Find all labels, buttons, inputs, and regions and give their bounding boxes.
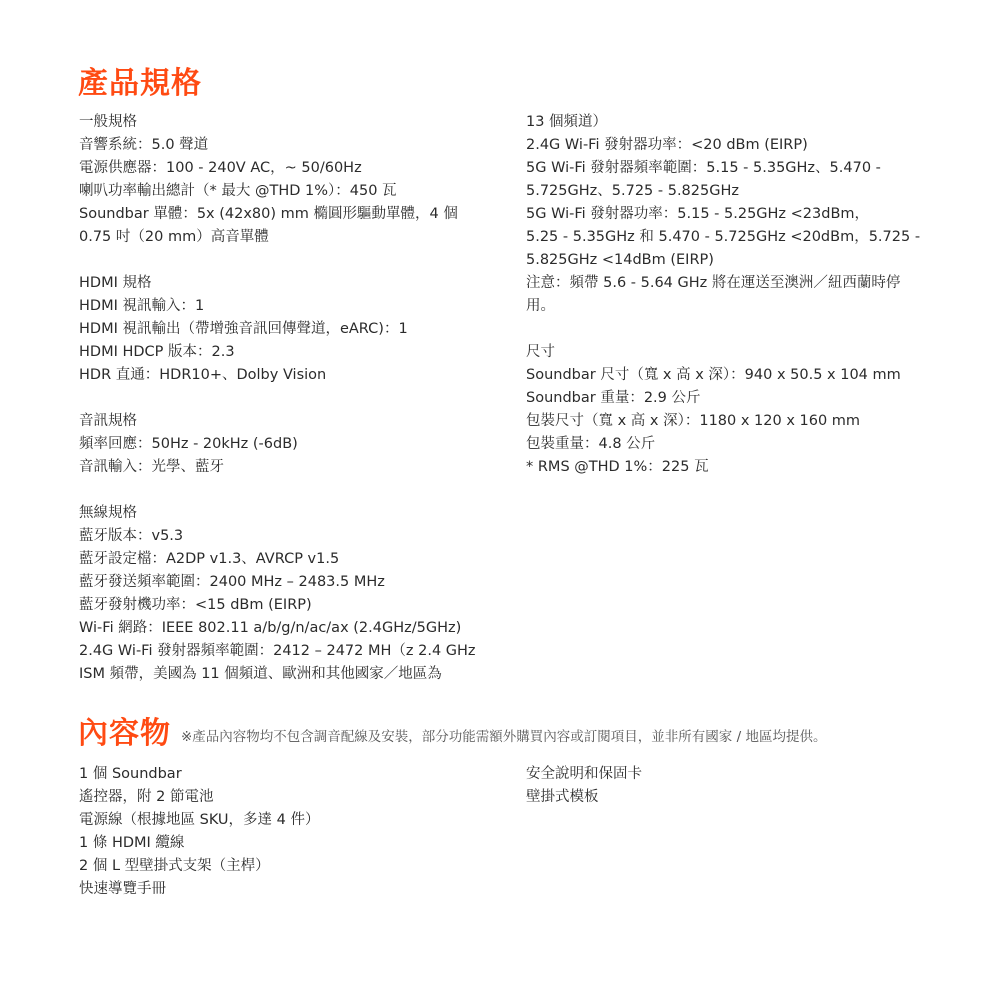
spec-line: Wi-Fi 網路：IEEE 802.11 a/b/g/n/ac/ax (2.4G… xyxy=(79,617,499,640)
list-item: 2 個 L 型壁掛式支架（主桿） xyxy=(79,855,320,878)
spec-line: 0.75 吋（20 mm）高音單體 xyxy=(79,226,499,249)
spec-line: HDMI 視訊輸出（帶增強音訊回傳聲道，eARC)：1 xyxy=(79,318,499,341)
section-heading: 尺寸 xyxy=(526,341,926,364)
spec-line: 2.4G Wi-Fi 發射器頻率範圍：2412 – 2472 MH（z 2.4 … xyxy=(79,640,499,663)
list-item: 電源線（根據地區 SKU，多達 4 件） xyxy=(79,809,320,832)
page-title: 產品規格 xyxy=(78,64,202,104)
specs-left-column: 一般規格 音響系統：5.0 聲道 電源供應器：100 - 240V AC，~ 5… xyxy=(79,111,499,686)
section-heading: 無線規格 xyxy=(79,502,499,525)
spec-line: HDMI HDCP 版本：2.3 xyxy=(79,341,499,364)
spec-line: * RMS @THD 1%：225 瓦 xyxy=(526,456,926,479)
spec-line: 藍牙發送頻率範圍：2400 MHz – 2483.5 MHz xyxy=(79,571,499,594)
spec-line: 5.725GHz、5.725 - 5.825GHz xyxy=(526,180,926,203)
section-heading: 音訊規格 xyxy=(79,410,499,433)
contents-right-list: 安全說明和保固卡 壁掛式模板 xyxy=(526,763,642,809)
spec-line: Soundbar 重量：2.9 公斤 xyxy=(526,387,926,410)
specs-right-column: 13 個頻道） 2.4G Wi-Fi 發射器功率：<20 dBm (EIRP) … xyxy=(526,111,926,479)
spec-line: 藍牙版本：v5.3 xyxy=(79,525,499,548)
spec-line: 5.825GHz <14dBm (EIRP) xyxy=(526,249,926,272)
hdmi-specs-section: HDMI 規格 HDMI 視訊輸入：1 HDMI 視訊輸出（帶增強音訊回傳聲道，… xyxy=(79,272,499,387)
spec-line: 電源供應器：100 - 240V AC，~ 50/60Hz xyxy=(79,157,499,180)
spec-line: Soundbar 尺寸（寬 x 高 x 深）：940 x 50.5 x 104 … xyxy=(526,364,926,387)
spec-line: 2.4G Wi-Fi 發射器功率：<20 dBm (EIRP) xyxy=(526,134,926,157)
audio-specs-section: 音訊規格 頻率回應：50Hz - 20kHz (-6dB) 音訊輸入：光學、藍牙 xyxy=(79,410,499,479)
spec-line: 頻率回應：50Hz - 20kHz (-6dB) xyxy=(79,433,499,456)
spec-line: HDMI 視訊輸入：1 xyxy=(79,295,499,318)
contents-note: ※產品內容物均不包含調音配線及安裝，部分功能需額外購買內容或訂閱項目，並非所有國… xyxy=(181,725,826,752)
section-heading: 一般規格 xyxy=(79,111,499,134)
general-specs-section: 一般規格 音響系統：5.0 聲道 電源供應器：100 - 240V AC，~ 5… xyxy=(79,111,499,249)
spec-line: Soundbar 單體：5x (42x80) mm 橢圓形驅動單體，4 個 xyxy=(79,203,499,226)
spec-line: ISM 頻帶，美國為 11 個頻道、歐洲和其他國家／地區為 xyxy=(79,663,499,686)
dimensions-section: 尺寸 Soundbar 尺寸（寬 x 高 x 深）：940 x 50.5 x 1… xyxy=(526,341,926,479)
spec-line: 用。 xyxy=(526,295,926,318)
list-item: 1 個 Soundbar xyxy=(79,763,320,786)
spec-line: 喇叭功率輸出總計（* 最大 @THD 1%）：450 瓦 xyxy=(79,180,499,203)
list-item: 壁掛式模板 xyxy=(526,786,642,809)
list-item: 遙控器，附 2 節電池 xyxy=(79,786,320,809)
spec-line: 藍牙發射機功率：<15 dBm (EIRP) xyxy=(79,594,499,617)
section-heading: HDMI 規格 xyxy=(79,272,499,295)
contents-header: 內容物 ※產品內容物均不包含調音配線及安裝，部分功能需額外購買內容或訂閱項目，並… xyxy=(78,716,826,752)
spec-line: 音響系統：5.0 聲道 xyxy=(79,134,499,157)
spec-line: 5G Wi-Fi 發射器功率：5.15 - 5.25GHz <23dBm， xyxy=(526,203,926,226)
spec-line: 音訊輸入：光學、藍牙 xyxy=(79,456,499,479)
spec-line: 藍牙設定檔：A2DP v1.3、AVRCP v1.5 xyxy=(79,548,499,571)
spec-line: HDR 直通：HDR10+、Dolby Vision xyxy=(79,364,499,387)
spec-line: 包裝重量：4.8 公斤 xyxy=(526,433,926,456)
spec-line: 5G Wi-Fi 發射器頻率範圍：5.15 - 5.35GHz、5.470 - xyxy=(526,157,926,180)
list-item: 安全說明和保固卡 xyxy=(526,763,642,786)
spec-line: 5.25 - 5.35GHz 和 5.470 - 5.725GHz <20dBm… xyxy=(526,226,926,249)
list-item: 快速導覽手冊 xyxy=(79,878,320,901)
wireless-specs-section: 無線規格 藍牙版本：v5.3 藍牙設定檔：A2DP v1.3、AVRCP v1.… xyxy=(79,502,499,686)
list-item: 1 條 HDMI 纜線 xyxy=(79,832,320,855)
spec-line: 包裝尺寸（寬 x 高 x 深）：1180 x 120 x 160 mm xyxy=(526,410,926,433)
contents-left-list: 1 個 Soundbar 遙控器，附 2 節電池 電源線（根據地區 SKU，多達… xyxy=(79,763,320,901)
wireless-specs-continued: 13 個頻道） 2.4G Wi-Fi 發射器功率：<20 dBm (EIRP) … xyxy=(526,111,926,318)
contents-title: 內容物 xyxy=(78,716,171,752)
spec-line: 13 個頻道） xyxy=(526,111,926,134)
spec-line: 注意：頻帶 5.6 - 5.64 GHz 將在運送至澳洲／紐西蘭時停 xyxy=(526,272,926,295)
